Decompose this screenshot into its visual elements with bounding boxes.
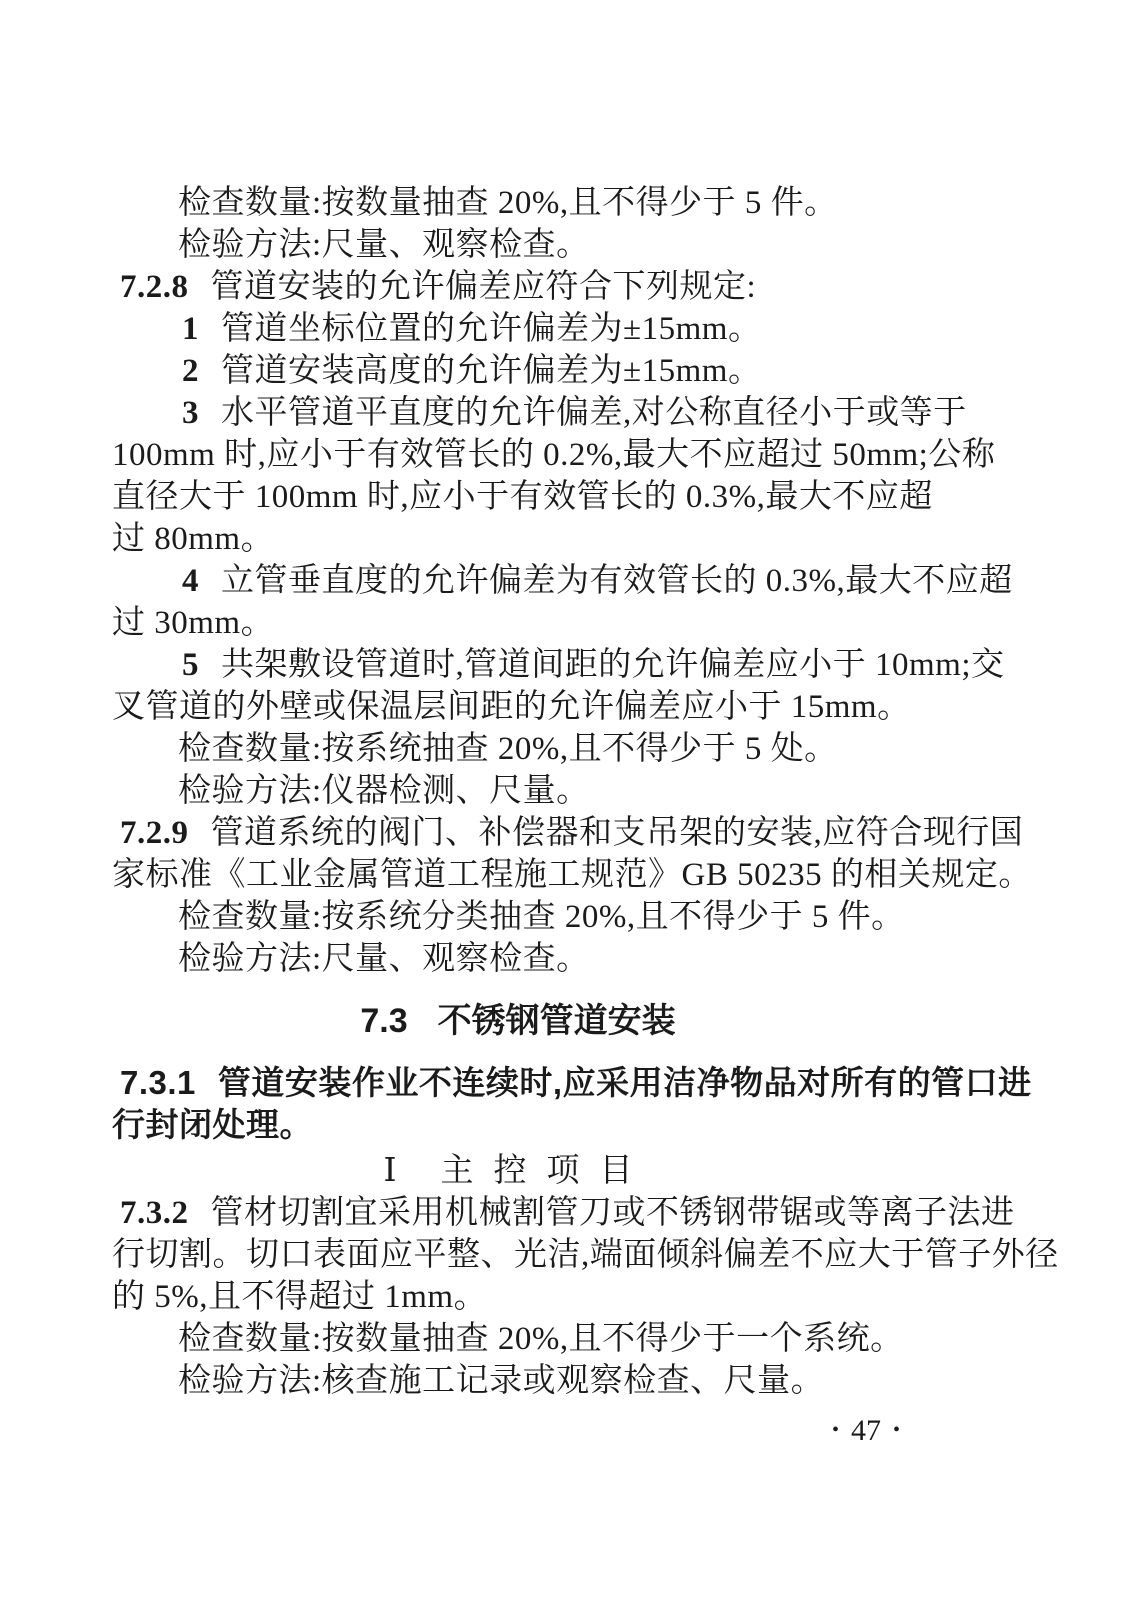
- clause-number: 4: [182, 563, 199, 599]
- line-text: 检查数量:按数量抽查 20%,且不得少于 5 件。: [178, 185, 838, 221]
- document-text: 检查数量:按数量抽查 20%,且不得少于 5 件。检验方法:尺量、观察检查。7.…: [112, 182, 924, 1402]
- subsection-heading-title: 主控项目: [441, 1153, 653, 1189]
- text-line: 的 5%,且不得超过 1mm。: [112, 1276, 924, 1318]
- clause-number: 2: [182, 353, 199, 389]
- line-text: 家标准《工业金属管道工程施工规范》GB 50235 的相关规定。: [112, 857, 1032, 893]
- line-text: 过 30mm。: [112, 605, 274, 641]
- clause-number: 7.2.8: [120, 269, 189, 305]
- text-line: 7.3.2管材切割宜采用机械割管刀或不锈钢带锯或等离子法进: [120, 1192, 924, 1234]
- line-text: 100mm 时,应小于有效管长的 0.2%,最大不应超过 50mm;公称: [112, 437, 995, 473]
- section-heading-title: 不锈钢管道安装: [438, 1002, 676, 1040]
- line-text: 检验方法:核查施工记录或观察检查、尺量。: [178, 1363, 824, 1399]
- line-text: 检查数量:按系统抽查 20%,且不得少于 5 处。: [178, 731, 838, 767]
- text-line: 过 30mm。: [112, 602, 924, 644]
- line-text: 管材切割宜采用机械割管刀或不锈钢带锯或等离子法进: [211, 1195, 1015, 1231]
- subsection-heading: Ⅰ主控项目: [112, 1150, 924, 1192]
- text-line: 检查数量:按系统抽查 20%,且不得少于 5 处。: [178, 728, 924, 770]
- text-line: 叉管道的外壁或保温层间距的允许偏差应小于 15mm。: [112, 686, 924, 728]
- line-text: 检查数量:按系统分类抽查 20%,且不得少于 5 件。: [178, 899, 905, 935]
- text-line: 行切割。切口表面应平整、光洁,端面倾斜偏差不应大于管子外径: [112, 1234, 924, 1276]
- text-line: 检验方法:尺量、观察检查。: [178, 938, 924, 980]
- line-text: 叉管道的外壁或保温层间距的允许偏差应小于 15mm。: [112, 689, 911, 725]
- clause-number: 7.3.1: [120, 1064, 196, 1101]
- text-line: 2管道安装高度的允许偏差为±15mm。: [182, 350, 924, 392]
- line-text: 检验方法:尺量、观察检查。: [178, 941, 590, 977]
- text-line: 检查数量:按数量抽查 20%,且不得少于 5 件。: [178, 182, 924, 224]
- clause-number: 1: [182, 311, 199, 347]
- line-text: 行封闭处理。: [112, 1106, 313, 1143]
- line-text: 共架敷设管道时,管道间距的允许偏差应小于 10mm;交: [221, 647, 1005, 683]
- line-text: 行切割。切口表面应平整、光洁,端面倾斜偏差不应大于管子外径: [112, 1237, 1059, 1273]
- page-number: 47: [851, 1414, 881, 1447]
- line-text: 管道系统的阀门、补偿器和支吊架的安装,应符合现行国: [211, 815, 1024, 851]
- text-line: 5共架敷设管道时,管道间距的允许偏差应小于 10mm;交: [182, 644, 924, 686]
- clause-number: 5: [182, 647, 199, 683]
- text-line: 3水平管道平直度的允许偏差,对公称直径小于或等于: [182, 392, 924, 434]
- text-line: 7.2.9管道系统的阀门、补偿器和支吊架的安装,应符合现行国: [120, 812, 924, 854]
- page-footer: •47•: [112, 1409, 924, 1451]
- line-text: 直径大于 100mm 时,应小于有效管长的 0.3%,最大不应超: [112, 479, 933, 515]
- text-line: 检验方法:尺量、观察检查。: [178, 224, 924, 266]
- footer-left-dot-icon: •: [832, 1419, 839, 1441]
- line-text: 的 5%,且不得超过 1mm。: [112, 1279, 487, 1315]
- clause-number: 7.2.9: [120, 815, 189, 851]
- document-page: 检查数量:按数量抽查 20%,且不得少于 5 件。检验方法:尺量、观察检查。7.…: [0, 0, 1142, 1600]
- footer-right-dot-icon: •: [893, 1419, 900, 1441]
- text-line: 7.2.8管道安装的允许偏差应符合下列规定:: [120, 266, 924, 308]
- line-text: 检验方法:尺量、观察检查。: [178, 227, 590, 263]
- line-text: 管道安装高度的允许偏差为±15mm。: [221, 353, 761, 389]
- text-line: 直径大于 100mm 时,应小于有效管长的 0.3%,最大不应超: [112, 476, 924, 518]
- text-line: 检验方法:核查施工记录或观察检查、尺量。: [178, 1360, 924, 1402]
- line-text: 立管垂直度的允许偏差为有效管长的 0.3%,最大不应超: [221, 563, 1013, 599]
- line-text: 管道坐标位置的允许偏差为±15mm。: [221, 311, 761, 347]
- line-text: 检验方法:仪器检测、尺量。: [178, 773, 590, 809]
- line-text: 过 80mm。: [112, 521, 274, 557]
- text-line: 检查数量:按数量抽查 20%,且不得少于一个系统。: [178, 1318, 924, 1360]
- line-text: 水平管道平直度的允许偏差,对公称直径小于或等于: [221, 395, 967, 431]
- text-line: 行封闭处理。: [112, 1104, 924, 1146]
- text-line: 检验方法:仪器检测、尺量。: [178, 770, 924, 812]
- text-line: 100mm 时,应小于有效管长的 0.2%,最大不应超过 50mm;公称: [112, 434, 924, 476]
- text-line: 过 80mm。: [112, 518, 924, 560]
- text-line: 检查数量:按系统分类抽查 20%,且不得少于 5 件。: [178, 896, 924, 938]
- text-line: 4立管垂直度的允许偏差为有效管长的 0.3%,最大不应超: [182, 560, 924, 602]
- line-text: 管道安装的允许偏差应符合下列规定:: [211, 269, 757, 305]
- section-heading: 7.3不锈钢管道安装: [112, 1000, 924, 1042]
- clause-number: 7.3.2: [120, 1195, 189, 1231]
- text-line: 1管道坐标位置的允许偏差为±15mm。: [182, 308, 924, 350]
- line-text: 检查数量:按数量抽查 20%,且不得少于一个系统。: [178, 1321, 904, 1357]
- clause-number: 3: [182, 395, 199, 431]
- text-line: 7.3.1管道安装作业不连续时,应采用洁净物品对所有的管口进: [120, 1062, 924, 1104]
- section-heading-number: 7.3: [360, 1002, 407, 1040]
- text-line: 家标准《工业金属管道工程施工规范》GB 50235 的相关规定。: [112, 854, 924, 896]
- line-text: 管道安装作业不连续时,应采用洁净物品对所有的管口进: [218, 1064, 1032, 1101]
- subsection-heading-numeral: Ⅰ: [383, 1153, 396, 1189]
